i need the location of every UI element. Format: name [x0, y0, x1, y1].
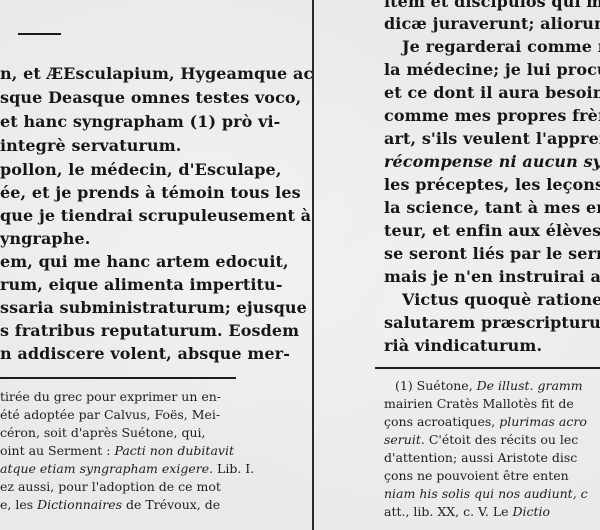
footnote-line: çons ne pouvoient être enten [384, 468, 569, 484]
footnote-text: çons acroatiques, [384, 414, 499, 429]
footnote-line: çons acroatiques, plurimas acro [384, 414, 587, 430]
text-line: les préceptes, les leçons ac [384, 175, 600, 195]
text-line: la médecine; je lui procur [384, 60, 600, 80]
footnote-line: mairien Cratès Mallotès fit de [384, 396, 574, 412]
text-line: la science, tant à mes enfan [384, 198, 600, 218]
text-line: se seront liés par le sermen [384, 244, 600, 264]
footnote-line: d'attention; aussi Aristote disc [384, 450, 577, 466]
footnote-line: seruit. C'étoit des récits ou lec [384, 432, 578, 448]
footnote-line: (1) Suétone, De illust. gramm [395, 378, 583, 394]
text-line: et ce dont il aura besoin : j [384, 83, 600, 103]
text-line: Victus quoquè rationem, [402, 290, 600, 310]
footnote-italic: plurimas acro [499, 414, 587, 429]
footnote-italic: Dictio [513, 504, 551, 519]
footnote-italic: seruit. [384, 432, 425, 447]
footnote-rule [375, 367, 600, 369]
text-line: salutarem præscripturum; [384, 313, 600, 333]
text-line: comme mes propres frères [384, 106, 600, 126]
footnote-line: att., lib. XX, c. V. Le Dictio [384, 504, 550, 520]
footnote-italic: De illust. gramm [477, 378, 583, 393]
right-page: item et discipulos qui me dicæ juraverun… [0, 0, 600, 530]
text-line: Je regarderai comme mon [402, 37, 600, 57]
footnote-text: C'étoit des récits ou lec [425, 432, 578, 447]
footnote-text: (1) Suétone, [395, 378, 477, 393]
footnote-italic: niam his solis qui nos audiunt, c [384, 486, 588, 501]
footnote-line: niam his solis qui nos audiunt, c [384, 486, 588, 502]
text-line: art, s'ils veulent l'appren [384, 129, 600, 149]
text-line: dicæ juraverunt; aliorum v [384, 14, 600, 34]
text-line: rià vindicaturum. [384, 336, 542, 356]
text-line: récompense ni aucun syn [384, 152, 600, 172]
text-line: item et discipulos qui me [384, 0, 600, 12]
footnote-text: att., lib. XX, c. V. Le [384, 504, 513, 519]
text-line: mais je n'en instruirai aucu [384, 267, 600, 287]
right-page-body: item et discipulos qui me dicæ juraverun… [315, 0, 600, 530]
book-spread: n, et ÆEsculapium, Hygeamque ac sque Dea… [0, 0, 600, 530]
text-line: teur, et enfin aux élèves q [384, 221, 600, 241]
